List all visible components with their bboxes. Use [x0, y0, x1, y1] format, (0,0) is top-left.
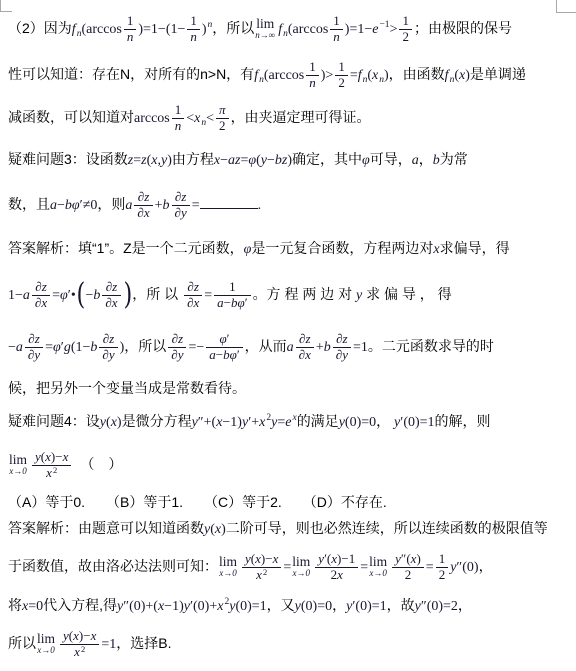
cjk-text: 为常: [440, 151, 468, 167]
answer-blank: [200, 193, 258, 209]
doc-line-run: 将x=0代入方程,得y″(0)+(x−1)y′(0)+x2y(0)=1，又y(0…: [8, 596, 472, 616]
math-roman: ′(0)+: [190, 599, 217, 614]
doc-line-14: 于函数值，故由洛必达法则可知：limx→0y(x)−xx2=limx→0y′(x…: [8, 543, 568, 591]
fraction-denominator: 2: [216, 118, 229, 134]
math-roman: ′: [227, 331, 230, 346]
math-roman: ′≠0: [80, 198, 98, 213]
fraction-numerator: φ′: [206, 332, 242, 347]
math-roman: =: [52, 288, 60, 303]
math-roman: 1: [338, 59, 345, 74]
fraction-denominator: ∂y: [25, 347, 43, 363]
fraction-denominator: 2: [335, 75, 348, 91]
math-fraction: 1n: [187, 14, 200, 44]
fraction-denominator: a−bφ′: [214, 295, 250, 311]
cjk-text: 求偏导，得: [440, 240, 510, 256]
math-roman: −: [224, 295, 231, 310]
math-roman: =1: [353, 340, 368, 355]
math-fraction: y′(x)−12x: [315, 552, 358, 582]
cjk-text: 将: [8, 597, 22, 613]
math-roman: =−: [188, 340, 204, 355]
fraction-numerator: 1: [335, 60, 348, 75]
cjk-text: ，: [376, 413, 394, 429]
math-fraction: ∂z∂y: [172, 190, 190, 220]
math-variable: bz: [275, 153, 287, 168]
math-roman: −: [8, 340, 16, 355]
math-roman: =: [133, 153, 141, 168]
math-variable: ∂z: [175, 189, 186, 204]
math-roman: =: [350, 68, 358, 83]
fraction-numerator: ∂z: [134, 190, 152, 205]
math-fraction: 1a−bφ′: [214, 280, 250, 310]
doc-line-run: −a∂z∂y=φ′g(1−b∂z∂y)，所以∂z∂y=−φ′a−bφ′，从而a∂…: [8, 332, 494, 362]
cjk-text: （ ）: [73, 456, 122, 472]
math-variable: π: [219, 102, 226, 117]
math-variable: ∂z: [187, 279, 198, 294]
math-roman: 2: [338, 75, 345, 90]
math-variable: ∂z: [106, 279, 117, 294]
cjk-text: 于函数值，故由洛必达法则可知：: [8, 558, 218, 574]
fraction-numerator: 1: [172, 103, 185, 118]
math-roman: =: [360, 560, 368, 575]
math-variable: ∂y: [171, 347, 183, 362]
math-fraction: 1n: [124, 14, 137, 44]
cjk-text: 的解，则: [435, 413, 491, 429]
math-roman: 2: [263, 567, 267, 577]
doc-line-1: （2）因为fn(arccos1n)=1−(1−1n)n，所以limn→∞fn(a…: [8, 5, 568, 53]
fraction-denominator: x2: [32, 465, 71, 481]
math-variable: φ: [53, 340, 61, 355]
math-variable: n: [175, 118, 182, 133]
math-roman: 1: [190, 13, 197, 28]
doc-line-run: 答案解析：由题意可以知道函数y(x)二阶可导，则也必然连续，所以连续函数的极限值…: [8, 519, 548, 539]
cjk-text: ，: [332, 597, 346, 613]
math-roman: (arccos: [288, 22, 328, 37]
cjk-text: 确定，其中: [292, 151, 362, 167]
math-roman: 1: [439, 551, 446, 566]
math-roman: )=1−(1−: [138, 22, 185, 37]
math-roman: (arccos: [81, 22, 121, 37]
math-fraction: ∂z∂y: [99, 332, 117, 362]
fraction-denominator: ∂x: [134, 205, 152, 221]
math-roman: =: [426, 560, 434, 575]
fraction-numerator: 1: [187, 14, 200, 29]
math-roman: −1): [222, 415, 242, 430]
math-variable: a: [23, 288, 30, 303]
doc-line-run: 疑难问题4：设y(x)是微分方程y″+(x−1)y′+x2y=ex的满足y(0)…: [8, 412, 491, 432]
cjk-text: ，所以: [124, 338, 166, 354]
doc-line-16: 所以limx→0y(x)−xx2=1，选择B.: [8, 621, 568, 667]
math-superscript: 2: [53, 465, 57, 475]
math-roman: 1: [333, 13, 340, 28]
cjk-text: 代入方程,得: [43, 597, 117, 613]
math-roman: ″(: [401, 551, 411, 566]
math-variable: e: [372, 22, 378, 37]
math-variable: ∂z: [138, 189, 149, 204]
math-fraction: y(x)−xx2: [60, 629, 99, 659]
math-superscript: 2: [81, 644, 85, 654]
doc-line-13: 答案解析：由题意可以知道函数y(x)二阶可导，则也必然连续，所以连续函数的极限值…: [8, 515, 568, 543]
fraction-denominator: ∂y: [99, 347, 117, 363]
math-roman: ″(0): [456, 560, 478, 575]
fraction-numerator: y′(x)−1: [315, 552, 358, 567]
limit-under: n→∞: [255, 31, 275, 40]
math-roman: 2: [405, 567, 412, 582]
math-variable: x: [194, 111, 200, 126]
math-limit: limx→0: [37, 632, 55, 656]
math-roman: −: [220, 153, 228, 168]
doc-line-7: 1−a∂z∂x=φ′•(−b∂z∂x)，所 以 ∂z∂x=1a−bφ′。方 程 …: [8, 269, 568, 321]
cjk-text: （A）等于0. （B）等于1. （C）等于2. （D）不存在.: [8, 494, 387, 510]
cjk-text: 是微分方程: [122, 413, 192, 429]
math-roman: <: [186, 111, 194, 126]
cjk-text: ，从而: [245, 338, 287, 354]
doc-line-run: 答案解析：填“1”。Z是一个二元函数，φ是一元复合函数，方程两边对x求偏导，得: [8, 239, 510, 259]
cjk-text: 疑难问题4：设: [8, 413, 100, 429]
math-roman: 1: [309, 59, 316, 74]
cjk-text: ，: [479, 558, 493, 574]
fraction-numerator: y(x)−x: [32, 450, 71, 465]
math-variable: b: [324, 340, 331, 355]
math-variable: ∂x: [137, 205, 149, 220]
math-limit: limx→0: [9, 453, 27, 477]
math-variable: e: [285, 415, 291, 430]
cjk-text: 所以: [8, 635, 36, 651]
math-limit: limn→∞: [255, 17, 275, 41]
math-fraction: 12: [399, 14, 412, 44]
math-variable: bφ: [231, 295, 245, 310]
fraction-denominator: ∂x: [102, 295, 120, 311]
math-limit: limx→0: [219, 555, 237, 579]
fraction-numerator: 1: [214, 280, 250, 295]
math-fraction: y″(x)2: [392, 552, 424, 582]
fraction-numerator: ∂z: [172, 190, 190, 205]
math-superscript: 2: [263, 567, 267, 577]
math-limit: limx→0: [369, 555, 387, 579]
cjk-text: 疑难问题3：设函数: [8, 151, 128, 167]
fraction-denominator: ∂x: [184, 295, 202, 311]
math-variable: a: [287, 340, 294, 355]
math-variable: x: [63, 449, 69, 464]
math-roman: 2: [402, 29, 409, 44]
math-fraction: ∂z∂x: [184, 280, 202, 310]
fraction-denominator: x2: [60, 644, 99, 660]
doc-line-5: 数，且a−bφ′≠0，则a∂z∂x+b∂z∂y=.: [8, 181, 568, 229]
fraction-numerator: y(x)−x: [242, 552, 281, 567]
math-variable: φ: [362, 153, 370, 168]
cjk-text: 二阶可导，则也必然连续，所以连续函数的极限值等: [226, 520, 548, 536]
math-fraction: φ′a−bφ′: [206, 332, 242, 362]
fraction-denominator: ∂y: [333, 347, 351, 363]
cjk-text: 由方程: [172, 151, 214, 167]
fraction-numerator: ∂z: [102, 280, 120, 295]
math-variable: ∂x: [299, 347, 311, 362]
math-roman: )−: [79, 628, 91, 643]
fraction-numerator: ∂z: [99, 332, 117, 347]
limit-word: lim: [37, 632, 55, 646]
math-variable: f: [254, 68, 258, 83]
cjk-text: 。二元函数求导的时: [368, 338, 494, 354]
fraction-numerator: ∂z: [296, 332, 314, 347]
cjk-text: ，又: [267, 597, 295, 613]
math-variable: f: [278, 22, 282, 37]
math-roman: −: [267, 153, 275, 168]
fraction-denominator: n: [306, 75, 319, 91]
math-roman: =1: [101, 637, 116, 652]
doc-line-run: 减函数，可以知道对arccos1n<xn<π2，由夹逼定理可得证。: [8, 103, 371, 133]
math-variable: ∂y: [28, 347, 40, 362]
math-fraction: y(x)−xx2: [32, 450, 71, 480]
math-roman: (0)=0: [301, 599, 332, 614]
fraction-denominator: n: [187, 29, 200, 45]
doc-line-3: 减函数，可以知道对arccos1n<xn<π2，由夹逼定理可得证。: [8, 97, 568, 139]
math-variable: x: [259, 415, 265, 430]
doc-line-run: 候，把另外一个变量当成是常数看待。: [8, 379, 246, 397]
math-roman: −: [57, 198, 65, 213]
math-fraction: 1n: [172, 103, 185, 133]
math-variable: az: [228, 153, 240, 168]
fraction-denominator: ∂y: [168, 347, 186, 363]
math-limit: limx→0: [292, 555, 310, 579]
math-roman: ′•: [68, 288, 76, 303]
math-roman: ″(0)+(: [123, 599, 158, 614]
cjk-text: ，: [419, 151, 433, 167]
cjk-text: ，所 以: [132, 286, 182, 302]
fraction-numerator: 1: [124, 14, 137, 29]
cjk-text: ，: [458, 597, 472, 613]
fraction-numerator: ∂z: [32, 280, 50, 295]
cjk-text: 的满足: [297, 413, 339, 429]
limit-word: lim: [9, 453, 27, 467]
fraction-denominator: 2x: [315, 567, 358, 583]
limit-under: x→0: [37, 646, 55, 655]
doc-line-8: −a∂z∂y=φ′g(1−b∂z∂y)，所以∂z∂y=−φ′a−bφ′，从而a∂…: [8, 321, 568, 373]
limit-word: lim: [292, 555, 310, 569]
math-fraction: π2: [216, 103, 229, 133]
cjk-text: 。方 程 两 边 对: [253, 286, 356, 302]
fraction-denominator: a−bφ′: [206, 347, 242, 363]
fraction-numerator: 1: [399, 14, 412, 29]
math-variable: ∂y: [175, 205, 187, 220]
math-variable: n: [309, 75, 316, 90]
math-roman: 2: [219, 118, 226, 133]
math-roman: 2: [53, 465, 57, 475]
fraction-numerator: 1: [436, 552, 449, 567]
fraction-numerator: y″(x): [392, 552, 424, 567]
math-variable: f: [72, 22, 76, 37]
math-variable: ∂z: [103, 331, 114, 346]
math-variable: x: [217, 599, 223, 614]
fraction-denominator: ∂x: [32, 295, 50, 311]
cjk-text: 候，把另外一个变量当成是常数看待。: [8, 380, 246, 396]
math-variable: ∂z: [172, 331, 183, 346]
math-roman: )−1: [337, 551, 355, 566]
limit-under: x→0: [369, 569, 387, 578]
math-roman: ″+(: [198, 415, 216, 430]
limit-word: lim: [256, 17, 274, 31]
math-roman: )−: [51, 449, 63, 464]
math-roman: 1: [402, 13, 409, 28]
math-roman: )>: [321, 68, 334, 83]
math-roman: ′(0)=1: [352, 599, 386, 614]
math-variable: x: [372, 68, 378, 83]
math-roman: =0: [28, 599, 43, 614]
math-fraction: ∂z∂x: [134, 190, 152, 220]
math-variable: a: [412, 153, 419, 168]
math-roman: 2: [81, 644, 85, 654]
fraction-denominator: ∂y: [172, 205, 190, 221]
math-roman: 1: [175, 102, 182, 117]
math-roman: )=1−: [345, 22, 372, 37]
math-roman: (arccos: [264, 68, 304, 83]
math-variable: f: [445, 68, 449, 83]
cjk-text: 求 偏 导 ， 得: [362, 286, 451, 302]
math-roman: +: [155, 198, 163, 213]
math-variable: a: [50, 198, 57, 213]
math-roman: =: [192, 198, 200, 213]
math-variable: φ: [248, 153, 256, 168]
doc-line-run: 疑难问题3：设函数z=z(x,y)由方程x−az=φ(y−bz)确定，其中φ可导…: [8, 150, 468, 170]
math-variable: n: [127, 29, 134, 44]
document-page: （2）因为fn(arccos1n)=1−(1−1n)n，所以limn→∞fn(a…: [0, 0, 576, 667]
math-variable: x: [74, 644, 80, 659]
cjk-text: （2）因为: [8, 20, 72, 36]
fraction-numerator: y(x)−x: [60, 629, 99, 644]
cjk-text: 可导，: [370, 151, 412, 167]
doc-line-9: 候，把另外一个变量当成是常数看待。: [8, 373, 568, 403]
math-variable: x: [91, 628, 97, 643]
document-content: （2）因为fn(arccos1n)=1−(1−1n)n，所以limn→∞fn(a…: [8, 5, 568, 667]
math-variable: x: [337, 567, 343, 582]
math-roman: <: [206, 111, 214, 126]
math-roman: 1: [229, 279, 236, 294]
math-variable: a: [125, 198, 132, 213]
math-variable: bφ: [65, 198, 80, 213]
math-variable: ∂x: [105, 295, 117, 310]
math-fraction: 12: [335, 60, 348, 90]
math-roman: +: [316, 340, 324, 355]
cjk-text: ，故: [387, 597, 415, 613]
math-variable: b: [90, 340, 97, 355]
doc-line-run: （A）等于0. （B）等于1. （C）等于2. （D）不存在.: [8, 493, 387, 511]
doc-line-6: 答案解析：填“1”。Z是一个二元函数，φ是一元复合函数，方程两边对x求偏导，得: [8, 229, 568, 269]
doc-line-12: （A）等于0. （B）等于1. （C）等于2. （D）不存在.: [8, 489, 568, 515]
fraction-numerator: 1: [306, 60, 319, 75]
math-roman: 2: [439, 567, 446, 582]
doc-line-run: 所以limx→0y(x)−xx2=1，选择B.: [8, 629, 172, 659]
doc-line-run: （2）因为fn(arccos1n)=1−(1−1n)n，所以limn→∞fn(a…: [8, 14, 512, 44]
cjk-text: 答案解析：填“1”。Z是一个二元函数，: [8, 240, 244, 256]
math-variable: ∂x: [187, 295, 199, 310]
math-roman: ): [416, 551, 420, 566]
math-variable: ∂y: [336, 347, 348, 362]
fraction-denominator: ∂x: [296, 347, 314, 363]
math-variable: ∂z: [299, 331, 310, 346]
fraction-numerator: ∂z: [333, 332, 351, 347]
doc-line-run: 性可以知道：存在N，对所有的n>N，有fn(arccos1n)>12=fn(xn…: [8, 60, 526, 90]
fraction-numerator: ∂z: [168, 332, 186, 347]
math-roman: =: [283, 560, 291, 575]
math-variable: n: [333, 29, 340, 44]
math-roman: .: [258, 198, 262, 213]
doc-line-run: 数，且a−bφ′≠0，则a∂z∂x+b∂z∂y=.: [8, 190, 261, 220]
math-roman: 1: [127, 13, 134, 28]
math-variable: x: [46, 465, 52, 480]
cjk-text: ，则: [97, 196, 125, 212]
fraction-denominator: n: [172, 118, 185, 134]
math-variable: n: [190, 29, 197, 44]
limit-word: lim: [219, 555, 237, 569]
math-roman: =: [45, 340, 53, 355]
fraction-denominator: 2: [399, 29, 412, 45]
math-fraction: 12: [436, 552, 449, 582]
doc-line-10: 疑难问题4：设y(x)是微分方程y″+(x−1)y′+x2y=ex的满足y(0)…: [8, 403, 568, 441]
fraction-numerator: 1: [330, 14, 343, 29]
math-fraction: 1n: [330, 14, 343, 44]
math-variable: bφ: [223, 347, 237, 362]
limit-under: x→0: [293, 569, 311, 578]
math-variable: g: [64, 340, 71, 355]
fraction-denominator: 2: [436, 567, 449, 583]
math-roman: ″(0)=2: [421, 599, 458, 614]
math-roman: −: [216, 347, 223, 362]
math-variable: ∂y: [102, 347, 114, 362]
math-variable: f: [358, 68, 362, 83]
math-fraction: 1n: [306, 60, 319, 90]
math-variable: ∂z: [336, 331, 347, 346]
cjk-text: 是一元复合函数，方程两边对: [251, 240, 433, 256]
math-variable: φ: [60, 288, 68, 303]
math-fraction: ∂z∂x: [102, 280, 120, 310]
limit-under: x→0: [219, 569, 237, 578]
fraction-denominator: n: [330, 29, 343, 45]
math-roman: ′: [237, 347, 240, 362]
math-variable: x: [273, 551, 279, 566]
math-roman: −1): [164, 599, 184, 614]
math-roman: ′: [245, 295, 248, 310]
math-variable: ∂z: [35, 279, 46, 294]
doc-line-run: limx→0y(x)−xx2 （ ）: [8, 450, 122, 480]
fraction-denominator: 2: [392, 567, 424, 583]
cjk-text: ；由极限的保号: [414, 20, 512, 36]
math-roman: 1−: [8, 288, 23, 303]
limit-word: lim: [369, 555, 387, 569]
math-roman: =: [204, 288, 212, 303]
cjk-text: ，所以: [212, 20, 254, 36]
math-fraction: y(x)−xx2: [242, 552, 281, 582]
math-roman: ′+: [248, 415, 259, 430]
math-roman: )−: [261, 551, 273, 566]
cjk-text: 减函数，可以知道对: [8, 109, 134, 125]
math-roman: arccos: [134, 111, 170, 126]
doc-line-run: 于函数值，故由洛必达法则可知：limx→0y(x)−xx2=limx→0y′(x…: [8, 552, 493, 582]
doc-line-15: 将x=0代入方程,得y″(0)+(x−1)y′(0)+x2y(0)=1，又y(0…: [8, 591, 568, 621]
math-roman: −1: [379, 20, 389, 30]
math-roman: ): [202, 22, 207, 37]
cjk-text: 答案解析：由题意可以知道函数: [8, 520, 204, 536]
math-fraction: ∂z∂x: [32, 280, 50, 310]
math-variable: x: [256, 567, 262, 582]
doc-line-2: 性可以知道：存在N，对所有的n>N，有fn(arccos1n)>12=fn(xn…: [8, 53, 568, 97]
cjk-text: 性可以知道：存在N，对所有的n>N，有: [8, 66, 254, 82]
math-variable: a: [16, 340, 23, 355]
doc-line-11: limx→0y(x)−xx2 （ ）: [8, 441, 568, 489]
math-roman: (1−: [71, 340, 91, 355]
cjk-text: ，由函数: [389, 66, 445, 82]
fraction-numerator: ∂z: [184, 280, 202, 295]
fraction-denominator: x2: [242, 567, 281, 583]
math-variable: b: [93, 288, 100, 303]
math-fraction: ∂z∂x: [296, 332, 314, 362]
